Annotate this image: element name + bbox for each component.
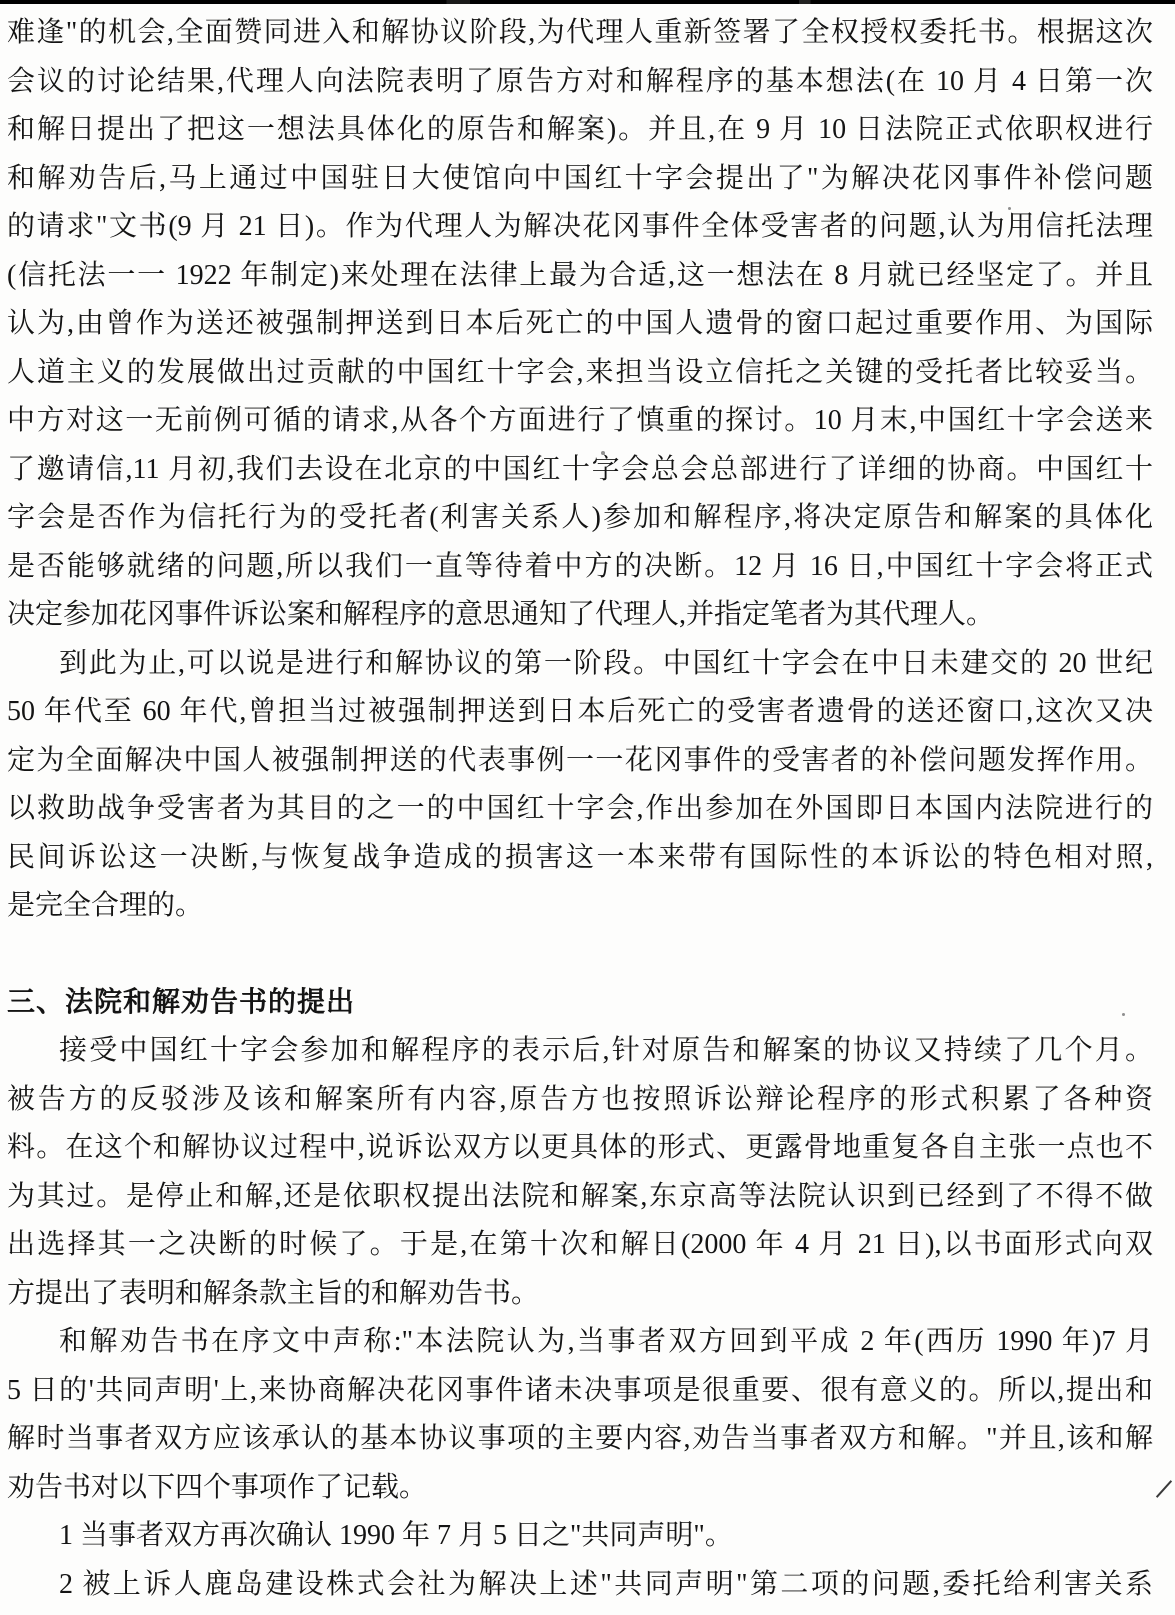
text-line: 50 年代至 60 年代,曾担当过被强制押送到日本后死亡的受害者遗骨的送还窗口,… [7, 688, 1153, 737]
text-line: 难逢"的机会,全面赞同进入和解协议阶段,为代理人重新签署了全权授权委托书。根据这… [7, 9, 1153, 58]
text-line: 字会是否作为信托行为的受托者(利害关系人)参加和解程序,将决定原告和解案的具体化 [7, 494, 1153, 543]
scan-speck [838, 1196, 841, 1199]
text-line: 料。在这个和解协议过程中,说诉讼双方以更具体的形式、更露骨地重复各自主张一点也不 [7, 1124, 1153, 1173]
text-line: 会议的讨论结果,代理人向法院表明了原告方对和解程序的基本想法(在 10 月 4 … [7, 58, 1153, 107]
text-line: 是否能够就绪的问题,所以我们一直等待着中方的决断。12 月 16 日,中国红十字… [7, 543, 1153, 592]
scan-speck [1122, 1013, 1125, 1016]
text-line: 方提出了表明和解条款主旨的和解劝告书。 [7, 1270, 1153, 1319]
text-line: 出选择其一之决断的时候了。于是,在第十次和解日(2000 年 4 月 21 日)… [7, 1221, 1153, 1270]
text-line: 的请求"文书(9 月 21 日)。作为代理人为解决花冈事件全体受害者的问题,认为… [7, 203, 1153, 252]
section-heading: 三、法院和解劝告书的提出 [7, 979, 1153, 1028]
paragraph-gap [7, 931, 1153, 979]
text-line: 解时当事者双方应该承认的基本协议事项的主要内容,劝告当事者双方和解。"并且,该和… [7, 1415, 1153, 1464]
text-line: 认为,由曾作为送还被强制押送到日本后死亡的中国人遗骨的窗口起过重要作用、为国际 [7, 300, 1153, 349]
text-line: 5 日的'共同声明'上,来协商解决花冈事件诸未决事项是很重要、很有意义的。所以,… [7, 1367, 1153, 1416]
text-line: 民间诉讼这一决断,与恢复战争造成的损害这一本来带有国际性的本诉讼的特色相对照, [7, 834, 1153, 883]
scan-speck [1008, 207, 1011, 210]
text-line: 人道主义的发展做出过贡献的中国红十字会,来担当设立信托之关键的受托者比较妥当。 [7, 349, 1153, 398]
text-line: 到此为止,可以说是进行和解协议的第一阶段。中国红十字会在中日未建交的 20 世纪 [7, 640, 1153, 689]
text-line: 定为全面解决中国人被强制押送的代表事例一一花冈事件的受害者的补偿问题发挥作用。 [7, 737, 1153, 786]
text-line: 劝告书对以下四个事项作了记载。 [7, 1464, 1153, 1513]
scan-scratch-artifact [1156, 1480, 1172, 1498]
scan-speck [601, 451, 605, 455]
text-line: 是完全合理的。 [7, 882, 1153, 931]
text-line: 为其过。是停止和解,还是依职权提出法院和解案,东京高等法院认识到已经到了不得不做 [7, 1173, 1153, 1222]
text-line: 了邀请信,11 月初,我们去设在北京的中国红十字会总会总部进行了详细的协商。中国… [7, 446, 1153, 495]
text-line: 和解劝告后,马上通过中国驻日大使馆向中国红十字会提出了"为解决花冈事件补偿问题 [7, 155, 1153, 204]
text-line: 被告方的反驳涉及该和解案所有内容,原告方也按照诉讼辩论程序的形式积累了各种资 [7, 1076, 1153, 1125]
text-line: 中方对这一无前例可循的请求,从各个方面进行了慎重的探讨。10 月末,中国红十字会… [7, 397, 1153, 446]
scanned-document-page: 难逢"的机会,全面赞同进入和解协议阶段,为代理人重新签署了全权授权委托书。根据这… [0, 0, 1175, 1615]
scan-edge-artifact [0, 0, 1175, 4]
text-line: 和解劝告书在序文中声称:"本法院认为,当事者双方回到平成 2 年(西历 1990… [7, 1318, 1153, 1367]
text-line: (信托法一一 1922 年制定)来处理在法律上最为合适,这一想法在 8 月就已经… [7, 252, 1153, 301]
list-item: 1 当事者双方再次确认 1990 年 7 月 5 日之"共同声明"。 [7, 1512, 1153, 1561]
text-line: 以救助战争受害者为其目的之一的中国红十字会,作出参加在外国即日本国内法院进行的 [7, 785, 1153, 834]
text-line: 决定参加花冈事件诉讼案和解程序的意思通知了代理人,并指定笔者为其代理人。 [7, 591, 1153, 640]
text-line: 和解日提出了把这一想法具体化的原告和解案)。并且,在 9 月 10 日法院正式依… [7, 106, 1153, 155]
list-item: 2 被上诉人鹿岛建设株式会社为解决上述"共同声明"第二项的问题,委托给利害关系 [7, 1561, 1153, 1610]
text-line: 接受中国红十字会参加和解程序的表示后,针对原告和解案的协议又持续了几个月。 [7, 1027, 1153, 1076]
